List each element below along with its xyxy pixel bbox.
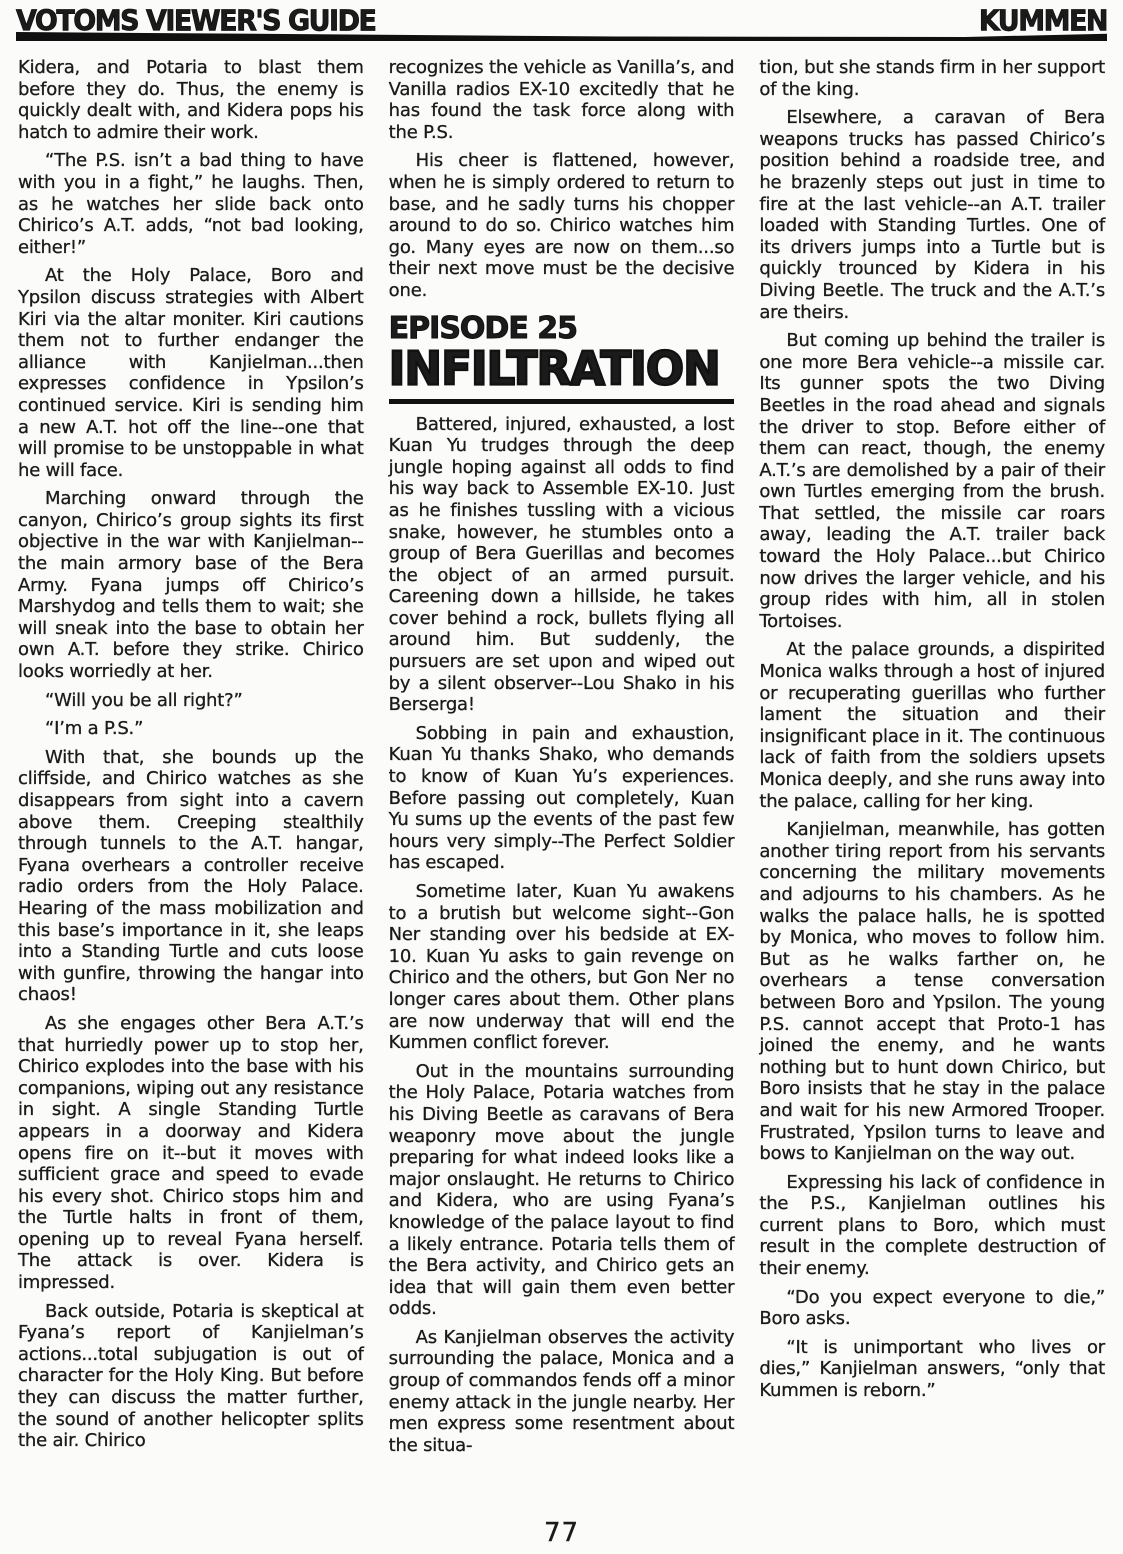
paragraph: “I’m a P.S.”	[18, 718, 364, 740]
paragraph: Elsewhere, a caravan of Bera weapons tru…	[759, 107, 1105, 323]
page-number: 77	[0, 1518, 1123, 1548]
paragraph: Battered, injured, exhausted, a lost Kua…	[389, 414, 735, 716]
paragraph: At the palace grounds, a dispirited Moni…	[759, 639, 1105, 812]
header-title-left: VOTOMS VIEWER'S GUIDE	[16, 7, 375, 35]
column-3: tion, but she stands firm in her support…	[759, 57, 1105, 1463]
paragraph: Expressing his lack of confidence in the…	[759, 1172, 1105, 1280]
column-2: recognizes the vehicle as Vanilla’s, and…	[389, 57, 735, 1463]
episode-heading-rule	[389, 399, 735, 404]
text-columns: Kidera, and Potaria to blast them before…	[14, 41, 1109, 1463]
episode-title: INFILTRATION	[389, 345, 735, 391]
paragraph: With that, she bounds up the cliffside, …	[18, 747, 364, 1006]
paragraph: “It is unimportant who lives or dies,” K…	[759, 1337, 1105, 1402]
paragraph: Out in the mountains surrounding the Hol…	[389, 1061, 735, 1320]
paragraph: At the Holy Palace, Boro and Ypsilon dis…	[18, 265, 364, 481]
paragraph: “Do you expect everyone to die,” Boro as…	[759, 1287, 1105, 1330]
paragraph: As she engages other Bera A.T.’s that hu…	[18, 1013, 364, 1294]
column-1: Kidera, and Potaria to blast them before…	[18, 57, 364, 1463]
page-header: VOTOMS VIEWER'S GUIDE KUMMEN	[14, 8, 1109, 35]
paragraph: “The P.S. isn’t a bad thing to have with…	[18, 150, 364, 258]
episode-kicker: EPISODE 25	[389, 314, 735, 344]
paragraph: Kanjielman, meanwhile, has gotten anothe…	[759, 819, 1105, 1165]
magazine-page: VOTOMS VIEWER'S GUIDE KUMMEN Kidera, and…	[0, 0, 1123, 1463]
paragraph: “Will you be all right?”	[18, 690, 364, 712]
paragraph: Sometime later, Kuan Yu awakens to a bru…	[389, 881, 735, 1054]
paragraph: recognizes the vehicle as Vanilla’s, and…	[389, 57, 735, 143]
paragraph: His cheer is flattened, however, when he…	[389, 150, 735, 301]
paragraph: As Kanjielman observes the activity surr…	[389, 1327, 735, 1457]
paragraph: Sobbing in pain and exhaustion, Kuan Yu …	[389, 723, 735, 874]
header-title-right: KUMMEN	[979, 7, 1107, 35]
paragraph: But coming up behind the trailer is one …	[759, 330, 1105, 632]
paragraph: Back outside, Potaria is skeptical at Fy…	[18, 1301, 364, 1452]
paragraph: tion, but she stands firm in her support…	[759, 57, 1105, 100]
episode-heading: EPISODE 25 INFILTRATION	[389, 314, 735, 404]
paragraph: Marching onward through the canyon, Chir…	[18, 488, 364, 682]
paragraph: Kidera, and Potaria to blast them before…	[18, 57, 364, 143]
